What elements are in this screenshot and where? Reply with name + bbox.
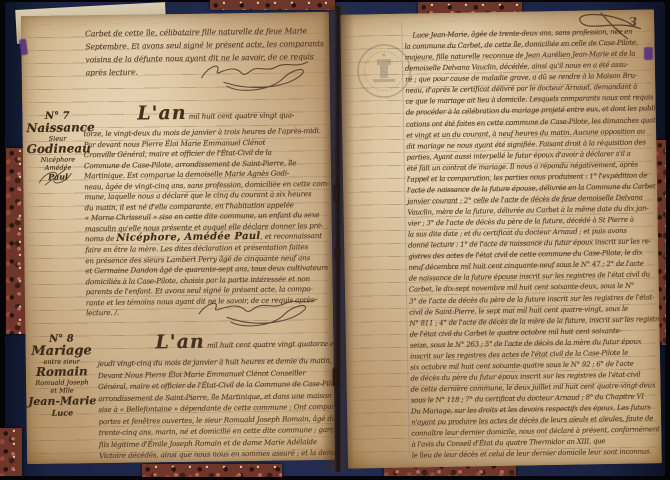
act-body-lines: jeudi vingt-cinq du mois de janvier à hu…	[98, 355, 335, 462]
marbled-endpaper-bottom-left	[0, 428, 22, 476]
scanned-register-spread: Carbet de cette île, célibataire fille n…	[0, 0, 670, 480]
violet-ink-mark	[644, 47, 653, 60]
margin-paraph-icon	[35, 165, 75, 190]
margin-note-marriage: N° 8 Mariage entre sieur Romain Romuald …	[25, 333, 98, 418]
left-page: Carbet de cette île, célibataire fille n…	[21, 12, 335, 464]
record-spouse-name-2: Luce	[26, 407, 98, 418]
record-type: Mariage	[25, 344, 97, 358]
act-heading: L'an mil huit cent quatre vingt qua-	[137, 100, 328, 129]
binding-stitch	[333, 368, 337, 386]
act-heading-lan: L'an	[155, 331, 205, 354]
marriage-act-continuation: Luce Jean-Marie, âgée de trente-deux ans…	[404, 26, 662, 462]
marbled-endpaper-bottom-center	[142, 464, 282, 477]
act-body-lines: torze, le vingt-deux du mois de janvier …	[83, 126, 330, 235]
act-heading-rest: mil huit cent quatre vingt qua-	[189, 110, 295, 120]
marriage-act-text: L'an mil huit cent quatre vingt quatorze…	[97, 329, 335, 462]
name-prefix: noms de	[85, 234, 116, 243]
record-spouse-name: Jean-Marie	[26, 394, 98, 408]
record-type: Naissance	[26, 121, 88, 135]
act-heading-rest: mil huit cent quatre vingt quatorze et l…	[207, 339, 335, 350]
record-surname: Godineau	[27, 142, 89, 156]
binding-stitch	[335, 248, 339, 260]
marbled-endpaper-top-left	[210, 0, 335, 10]
binding-stitch	[334, 185, 338, 201]
name-suffix: , et reconnaissant	[260, 231, 322, 241]
record-surname: Romain	[26, 365, 98, 379]
signature-flourish-icon	[193, 294, 325, 332]
signature-flourish-icon	[193, 56, 322, 98]
act-heading-lan: L'an	[137, 102, 187, 125]
right-page: 3 Luce Jean-Marie, âgée de trente-deux a…	[340, 9, 662, 468]
birth-act-text: L'an mil huit cent quatre vingt qua- tor…	[83, 100, 331, 319]
binding-gutter	[322, 6, 354, 472]
act-heading: L'an mil huit cent quatre vingt quatorze…	[155, 329, 335, 358]
